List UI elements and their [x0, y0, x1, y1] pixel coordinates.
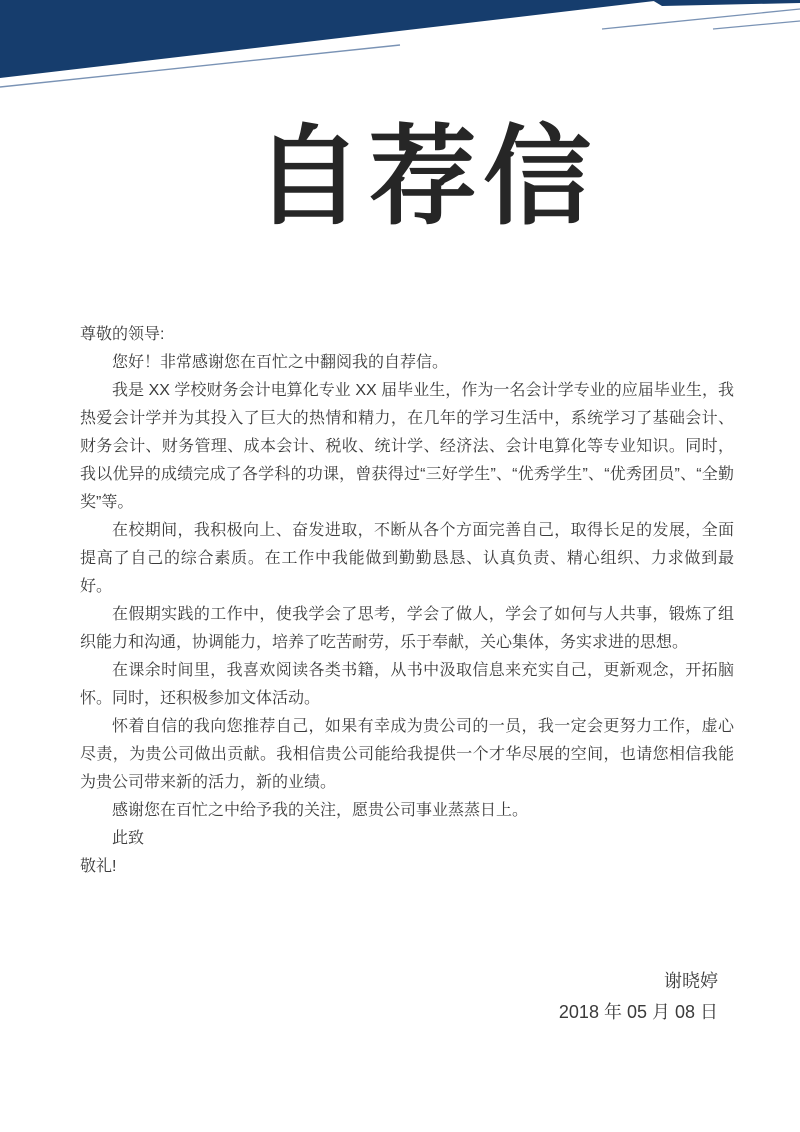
paragraph-introduction: 我是 XX 学校财务会计电算化专业 XX 届毕业生，作为一名会计学专业的应届毕业…	[80, 377, 734, 517]
banner-hairline-right-lower	[713, 21, 800, 29]
page-title: 自荐信	[26, 118, 800, 237]
paragraph-thanks: 感谢您在百忙之中给予我的关注，愿贵公司事业蒸蒸日上。	[80, 797, 734, 825]
signature-block: 谢晓婷 2018 年 05 月 08 日	[559, 966, 718, 1028]
banner-main-wedge	[0, 0, 663, 78]
header-banner	[0, 0, 800, 130]
closing-salute: 敬礼!	[80, 853, 734, 881]
banner-top-right-sliver	[652, 0, 800, 6]
closing-respect: 此致	[80, 825, 734, 853]
paragraph-internship: 在假期实践的工作中，使我学会了思考，学会了做人，学会了如何与人共事，锻炼了组织能…	[80, 601, 734, 657]
letter-page: 自荐信 尊敬的领导: 您好！非常感谢您在百忙之中翻阅我的自荐信。 我是 XX 学…	[0, 0, 800, 1132]
letter-body: 尊敬的领导: 您好！非常感谢您在百忙之中翻阅我的自荐信。 我是 XX 学校财务会…	[80, 321, 734, 881]
paragraph-greeting: 您好！非常感谢您在百忙之中翻阅我的自荐信。	[80, 349, 734, 377]
paragraph-hobbies: 在课余时间里，我喜欢阅读各类书籍，从书中汲取信息来充实自己，更新观念，开拓脑怀。…	[80, 657, 734, 713]
signature-name: 谢晓婷	[559, 966, 718, 997]
banner-hairline-right-upper	[602, 9, 800, 29]
paragraph-school-performance: 在校期间，我积极向上、奋发进取，不断从各个方面完善自己，取得长足的发展，全面提高…	[80, 517, 734, 601]
paragraph-self-recommendation: 怀着自信的我向您推荐自己，如果有幸成为贵公司的一员，我一定会更努力工作，虚心尽责…	[80, 713, 734, 797]
salutation: 尊敬的领导:	[80, 321, 734, 349]
signature-date: 2018 年 05 月 08 日	[559, 997, 718, 1028]
